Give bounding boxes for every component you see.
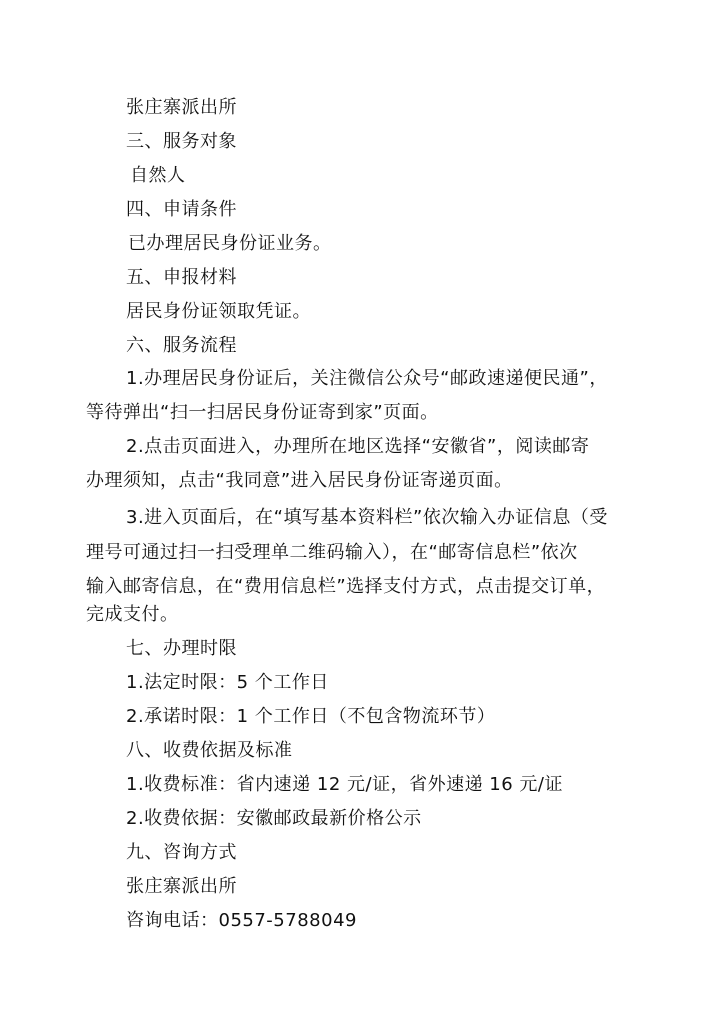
document-line: 咨询电话：0557-5788049 <box>126 909 357 933</box>
document-line: 输入邮寄信息，在“费用信息栏”选择支付方式，点击提交订单， <box>86 575 605 599</box>
document-line: 六、服务流程 <box>126 334 237 358</box>
document-line: 四、申请条件 <box>126 198 237 222</box>
document-line: 3.进入页面后，在“填写基本资料栏”依次输入办证信息（受 <box>126 506 608 530</box>
document-line: 自然人 <box>130 164 186 188</box>
document-line: 五、申报材料 <box>126 266 237 290</box>
document-line: 八、收费依据及标准 <box>126 739 293 763</box>
document-line: 1.收费标准：省内速递 12 元/证，省外速递 16 元/证 <box>126 773 563 797</box>
document-line: 张庄寨派出所 <box>126 96 237 120</box>
document-line: 七、办理时限 <box>126 637 237 661</box>
document-line: 居民身份证领取凭证。 <box>126 300 311 324</box>
document-line: 九、咨询方式 <box>126 841 237 865</box>
document-line: 1.办理居民身份证后，关注微信公众号“邮政速递便民通”， <box>126 367 608 391</box>
document-line: 理号可通过扫一扫受理单二维码输入），在“邮寄信息栏”依次 <box>86 541 578 565</box>
document-line: 等待弹出“扫一扫居民身份证寄到家”页面。 <box>86 401 439 425</box>
document-line: 2.点击页面进入，办理所在地区选择“安徽省”，阅读邮寄 <box>126 435 589 459</box>
document-line: 完成支付。 <box>86 603 179 627</box>
document-line: 张庄寨派出所 <box>126 875 237 899</box>
document-line: 2.收费依据：安徽邮政最新价格公示 <box>126 807 422 831</box>
document-line: 三、服务对象 <box>126 130 237 154</box>
document-line: 1.法定时限：5 个工作日 <box>126 671 329 695</box>
document-line: 办理须知，点击“我同意”进入居民身份证寄递页面。 <box>86 469 513 493</box>
document-line: 已办理居民身份证业务。 <box>128 232 332 256</box>
document-line: 2.承诺时限：1 个工作日（不包含物流环节） <box>126 705 495 729</box>
